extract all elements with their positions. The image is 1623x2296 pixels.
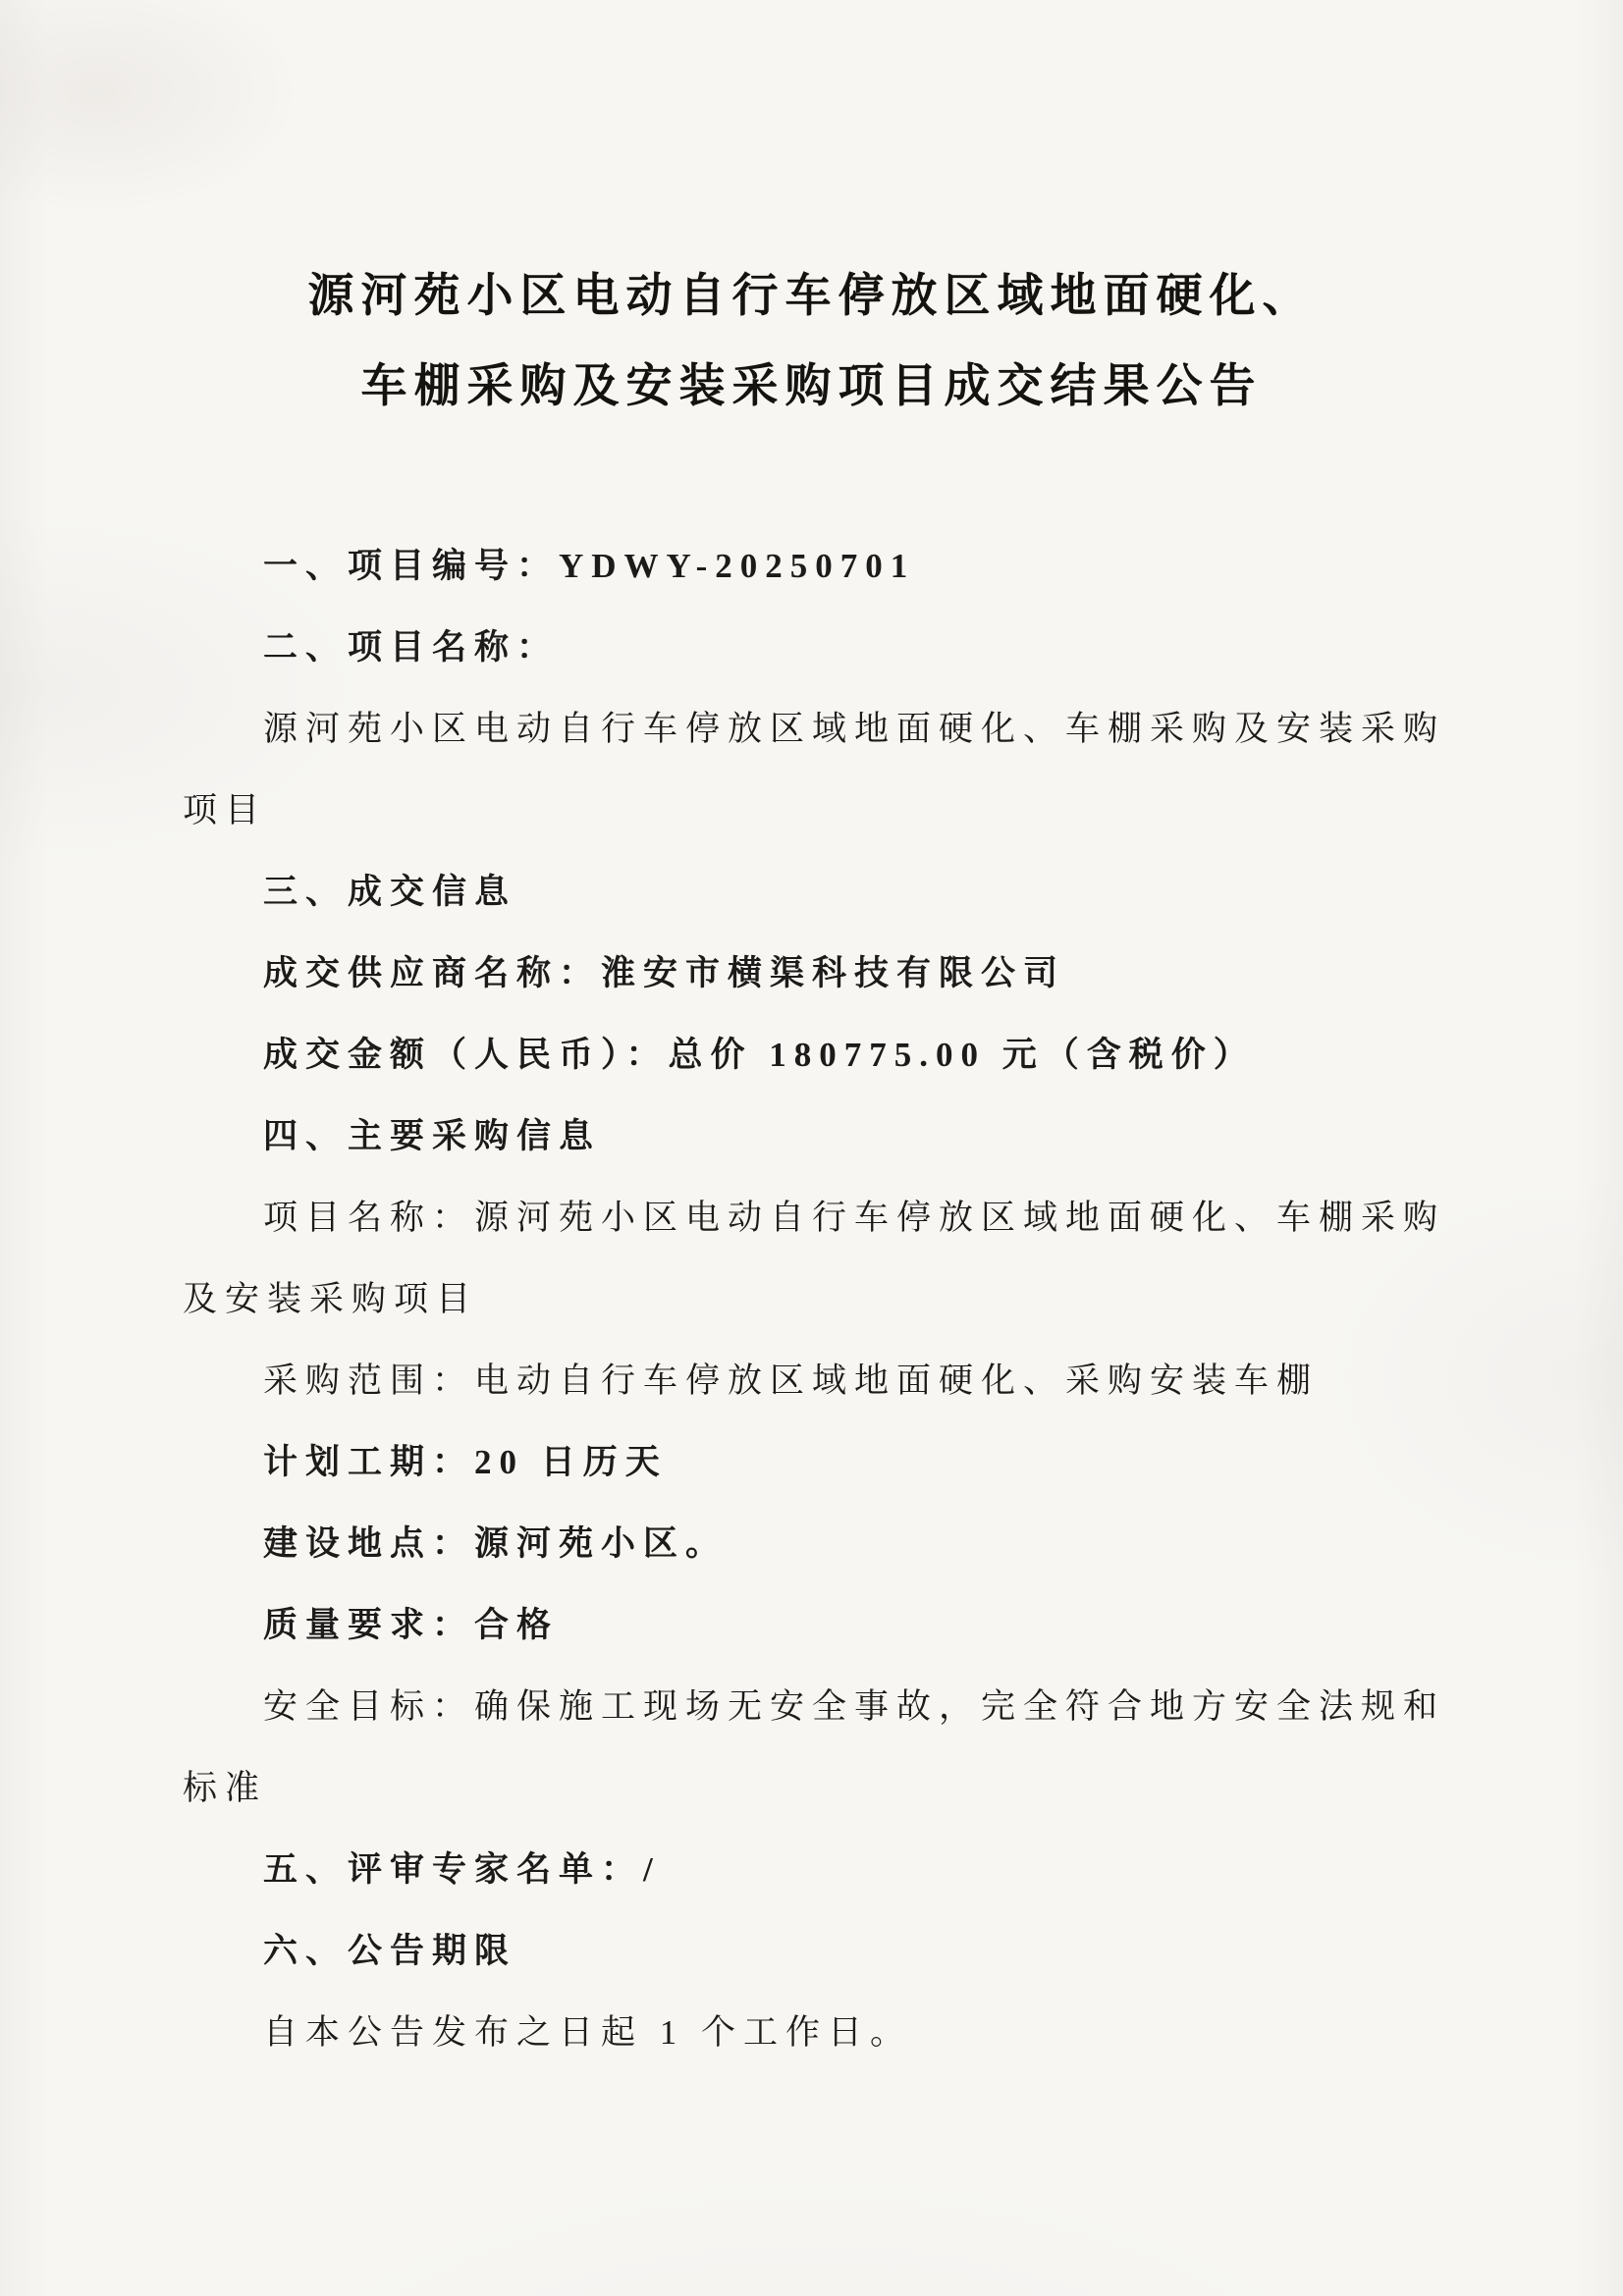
document-title-line-2: 车棚采购及安装采购项目成交结果公告 [361,361,1263,412]
para-project-name-1: 源河苑小区电动自行车停放区域地面硬化、车棚采购及安装采购 [183,707,1440,752]
line-item-name-2: 及安装采购项目 [183,1277,1440,1322]
para-project-name-2: 项目 [183,788,1440,833]
line-item-name-1: 项目名称：源河苑小区电动自行车停放区域地面硬化、车棚采购 [183,1196,1440,1241]
line-supplier-name: 成交供应商名称：淮安市横渠科技有限公司 [183,951,1440,996]
line-deal-amount: 成交金额（人民币）：总价 180775.00 元（含税价） [183,1033,1440,1078]
heading-announcement-period: 六、公告期限 [183,1929,1440,1974]
document-title-line-1: 源河苑小区电动自行车停放区域地面硬化、 [308,271,1316,322]
heading-expert-list: 五、评审专家名单：/ [183,1847,1440,1893]
line-announcement-period-value: 自本公告发布之日起 1 个工作日。 [183,2010,1440,2056]
line-quality-requirement: 质量要求：合格 [183,1603,1440,1648]
heading-project-name: 二、项目名称： [183,625,1440,670]
line-safety-target-2: 标准 [183,1766,1440,1811]
line-procurement-scope: 采购范围：电动自行车停放区域地面硬化、采购安装车棚 [183,1359,1440,1404]
line-safety-target-1: 安全目标：确保施工现场无安全事故，完全符合地方安全法规和 [183,1684,1440,1730]
heading-procurement-info: 四、主要采购信息 [183,1114,1440,1159]
document-page: 源河苑小区电动自行车停放区域地面硬化、 车棚采购及安装采购项目成交结果公告 一、… [0,0,1623,2296]
line-construction-site: 建设地点：源河苑小区。 [183,1522,1440,1567]
heading-deal-info: 三、成交信息 [183,870,1440,915]
document-title: 源河苑小区电动自行车停放区域地面硬化、 车棚采购及安装采购项目成交结果公告 [183,251,1440,432]
line-planned-duration: 计划工期：20 日历天 [183,1440,1440,1485]
line-project-number: 一、项目编号：YDWY-20250701 [183,544,1440,589]
